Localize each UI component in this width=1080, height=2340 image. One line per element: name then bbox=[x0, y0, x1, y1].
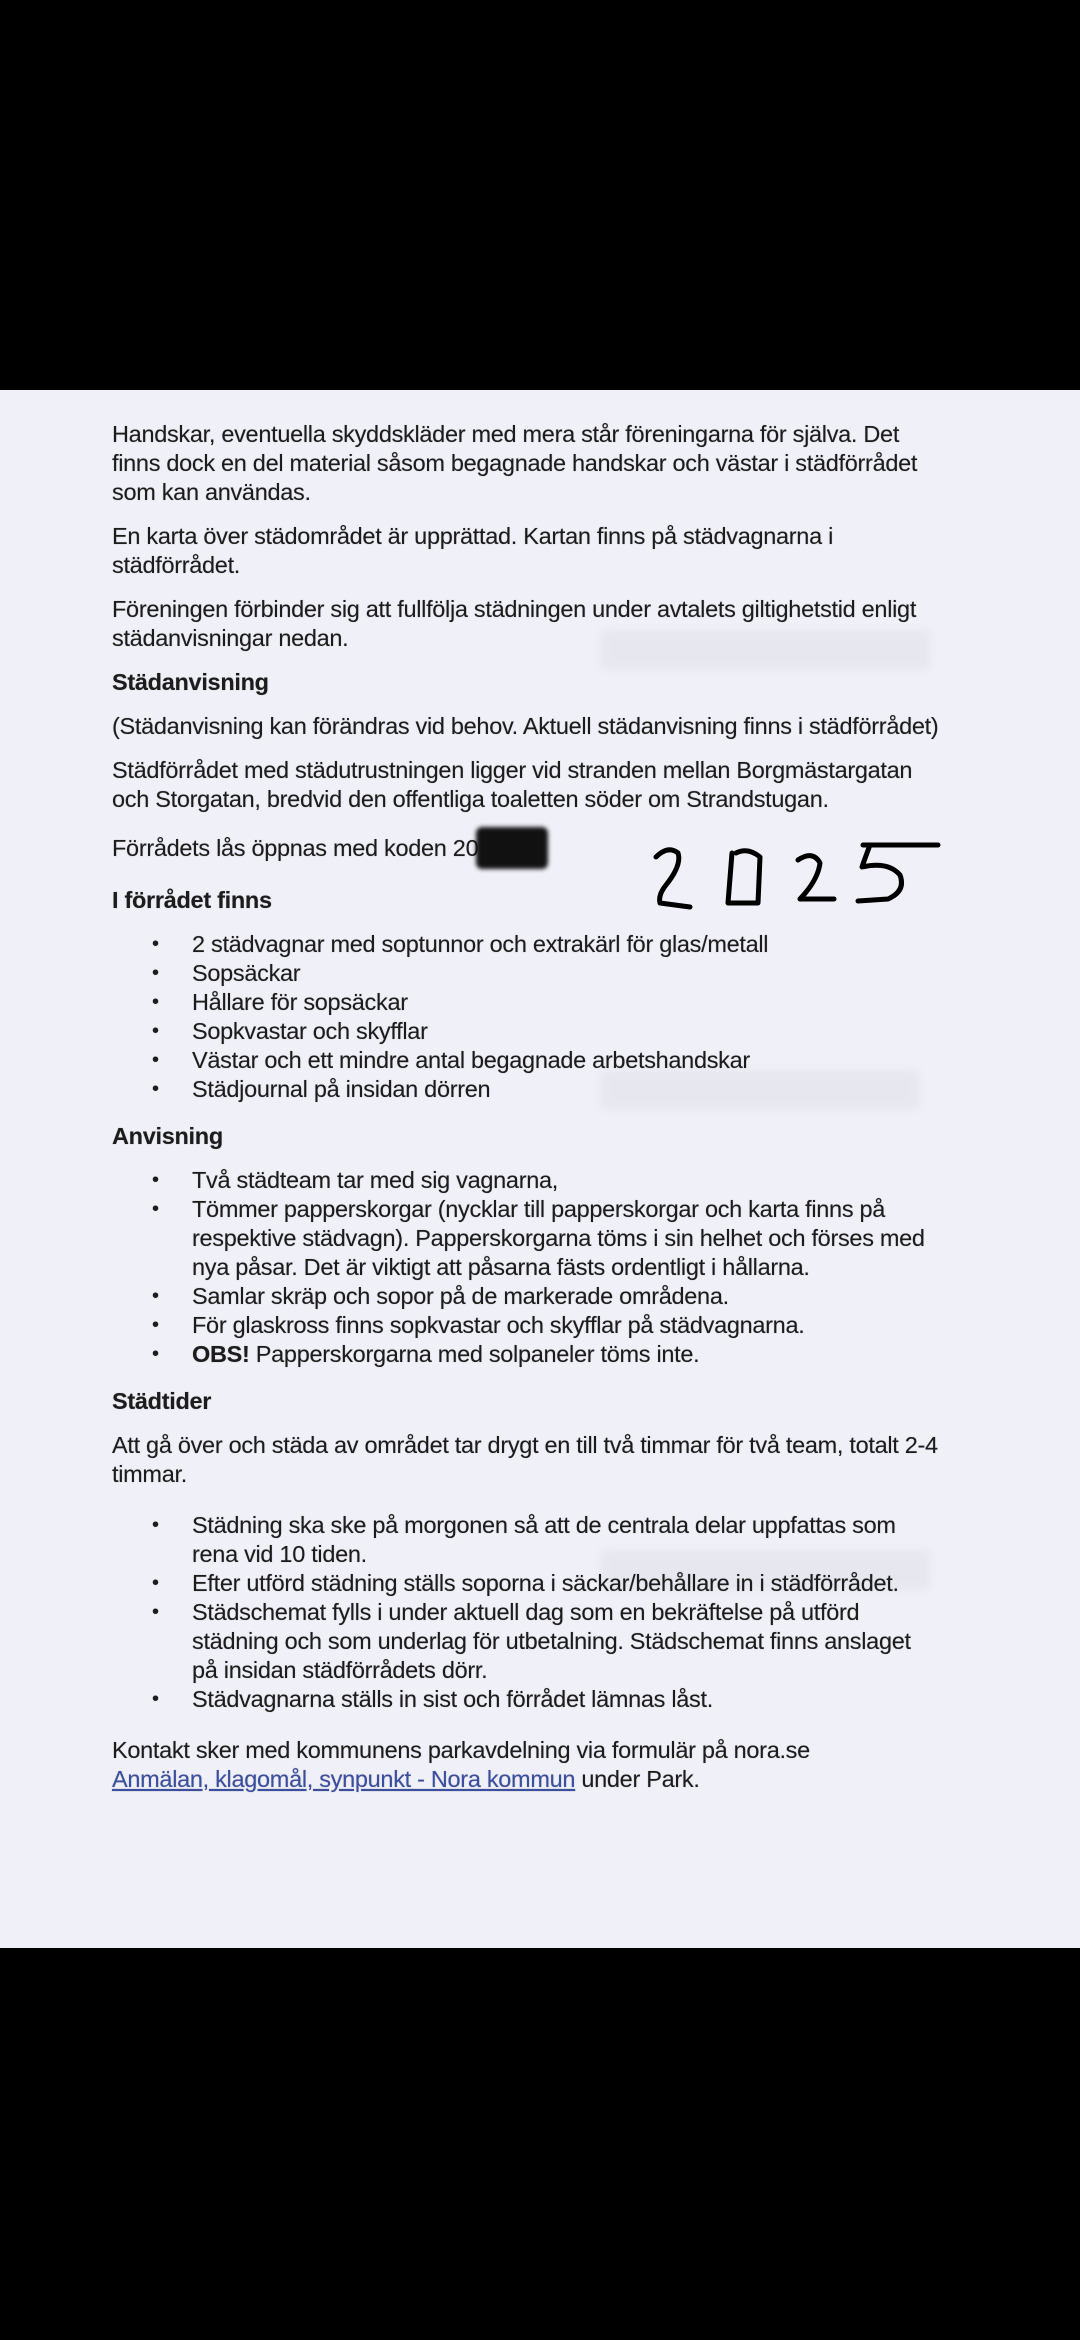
lock-code-digits: 20 bbox=[453, 835, 479, 861]
list-item: Två städteam tar med sig vagnarna, bbox=[192, 1166, 942, 1195]
list-item: Hållare för sopsäckar bbox=[192, 988, 942, 1017]
contact-text: Kontakt sker med kommunens parkavdelning… bbox=[112, 1737, 810, 1763]
heading-stadanvisning: Städanvisning bbox=[112, 668, 942, 697]
intro-paragraph-3: Föreningen förbinder sig att fullfölja s… bbox=[112, 595, 942, 653]
contact-suffix: under Park. bbox=[575, 1766, 699, 1792]
document-photo: Handskar, eventuella skyddskläder med me… bbox=[0, 390, 1080, 1948]
instructions-list: Två städteam tar med sig vagnarna, Tömme… bbox=[112, 1166, 942, 1369]
intro-paragraph-1: Handskar, eventuella skyddskläder med me… bbox=[112, 420, 942, 507]
list-item: Sopkvastar och skyfflar bbox=[192, 1017, 942, 1046]
list-item: 2 städvagnar med soptunnor och extrakärl… bbox=[192, 930, 942, 959]
list-item: Efter utförd städning ställs soporna i s… bbox=[192, 1569, 942, 1598]
redaction-mark bbox=[476, 827, 548, 869]
list-item: Städning ska ske på morgonen så att de c… bbox=[192, 1511, 942, 1569]
obs-text: Papperskorgarna med solpaneler töms inte… bbox=[250, 1341, 700, 1367]
list-item: För glaskross finns sopkvastar och skyff… bbox=[192, 1311, 942, 1340]
schedule-list: Städning ska ske på morgonen så att de c… bbox=[112, 1511, 942, 1714]
list-item: Sopsäckar bbox=[192, 959, 942, 988]
list-item: Städjournal på insidan dörren bbox=[192, 1075, 942, 1104]
list-item: Västar och ett mindre antal begagnade ar… bbox=[192, 1046, 942, 1075]
contact-link[interactable]: Anmälan, klagomål, synpunkt - Nora kommu… bbox=[112, 1766, 575, 1792]
lock-code-label: Förrådets lås öppnas med koden bbox=[112, 835, 453, 861]
obs-label: OBS! bbox=[192, 1341, 250, 1367]
list-item: Städschemat fylls i under aktuell dag so… bbox=[192, 1598, 942, 1685]
document-body: Handskar, eventuella skyddskläder med me… bbox=[112, 420, 942, 1809]
list-item: Samlar skräp och sopor på de markerade o… bbox=[192, 1282, 942, 1311]
stadanvisning-note: (Städanvisning kan förändras vid behov. … bbox=[112, 712, 942, 741]
storage-location: Städförrådet med städutrustningen ligger… bbox=[112, 756, 942, 814]
heading-stadtider: Städtider bbox=[112, 1387, 942, 1416]
storage-items-list: 2 städvagnar med soptunnor och extrakärl… bbox=[112, 930, 942, 1104]
stadtider-intro: Att gå över och städa av området tar dry… bbox=[112, 1431, 942, 1489]
list-item: Tömmer papperskorgar (nycklar till pappe… bbox=[192, 1195, 942, 1282]
heading-anvisning: Anvisning bbox=[112, 1122, 942, 1151]
list-item: Städvagnarna ställs in sist och förrådet… bbox=[192, 1685, 942, 1714]
intro-paragraph-2: En karta över städområdet är upprättad. … bbox=[112, 522, 942, 580]
handwritten-annotation bbox=[648, 835, 948, 915]
contact-paragraph: Kontakt sker med kommunens parkavdelning… bbox=[112, 1736, 942, 1794]
list-item-obs: OBS! Papperskorgarna med solpaneler töms… bbox=[192, 1340, 942, 1369]
